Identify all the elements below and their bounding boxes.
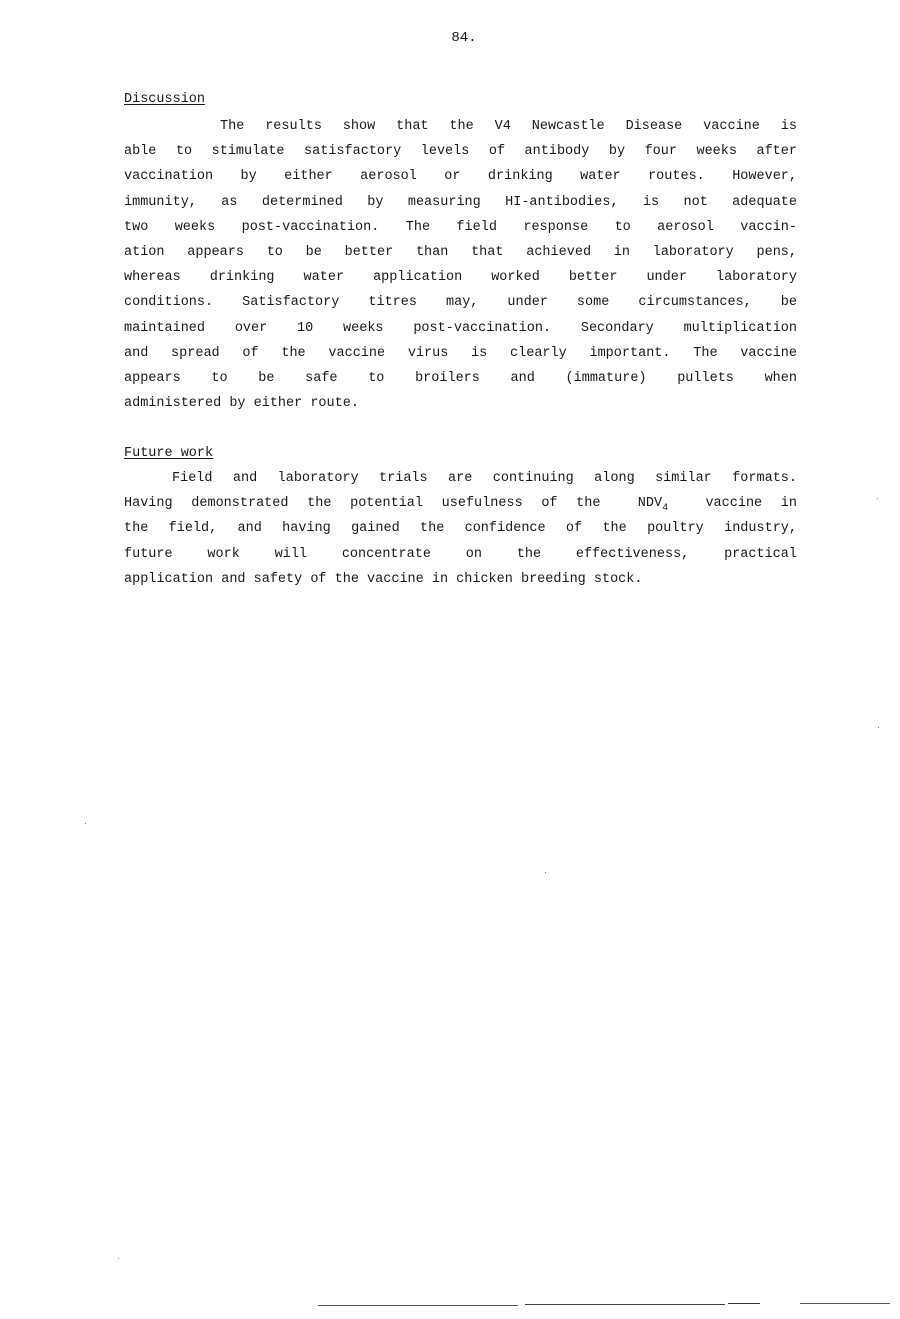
discussion-line: conditions. Satisfactory titres may, und… xyxy=(124,290,797,315)
discussion-line: appears to be safe to broilers and (imma… xyxy=(124,366,797,391)
scan-rule xyxy=(800,1303,890,1304)
future-work-line-suffix: vaccine in xyxy=(705,496,797,511)
future-work-line: Having demonstrated the potential useful… xyxy=(124,491,797,516)
discussion-line: ation appears to be better than that ach… xyxy=(124,240,797,265)
ndv-subscript: 4 xyxy=(662,503,668,514)
future-work-paragraph: Field and laboratory trials are continui… xyxy=(124,466,797,592)
discussion-heading: Discussion xyxy=(124,92,205,107)
discussion-line: maintained over 10 weeks post-vaccinatio… xyxy=(124,316,797,341)
scan-speck xyxy=(85,823,86,824)
future-work-line: application and safety of the vaccine in… xyxy=(124,567,797,592)
future-work-line: Field and laboratory trials are continui… xyxy=(124,466,797,491)
discussion-line: and spread of the vaccine virus is clear… xyxy=(124,341,797,366)
ndv-label: NDV xyxy=(638,496,662,511)
discussion-line: whereas drinking water application worke… xyxy=(124,265,797,290)
scan-speck xyxy=(118,1258,119,1259)
discussion-paragraph: The results show that the V4 Newcastle D… xyxy=(124,114,797,416)
scan-speck xyxy=(878,727,879,728)
scan-rule xyxy=(525,1304,725,1305)
scan-rule xyxy=(728,1303,760,1304)
future-work-line-text: Having demonstrated the potential useful… xyxy=(124,496,600,511)
scan-rule xyxy=(318,1305,518,1306)
footer-scan-rules xyxy=(0,1302,900,1306)
discussion-line: immunity, as determined by measuring HI-… xyxy=(124,190,797,215)
discussion-line: able to stimulate satisfactory levels of… xyxy=(124,139,797,164)
page-number: 84. xyxy=(0,30,900,46)
scan-speck xyxy=(877,498,878,499)
scan-speck xyxy=(545,872,546,873)
discussion-line: vaccination by either aerosol or drinkin… xyxy=(124,164,797,189)
discussion-line: The results show that the V4 Newcastle D… xyxy=(124,114,797,139)
future-work-line: the field, and having gained the confide… xyxy=(124,516,797,541)
future-work-line: future work will concentrate on the effe… xyxy=(124,542,797,567)
future-work-heading: Future work xyxy=(124,446,213,461)
discussion-line: two weeks post-vaccination. The field re… xyxy=(124,215,797,240)
discussion-line: administered by either route. xyxy=(124,391,797,416)
ndv-term: NDV4 xyxy=(638,496,668,511)
